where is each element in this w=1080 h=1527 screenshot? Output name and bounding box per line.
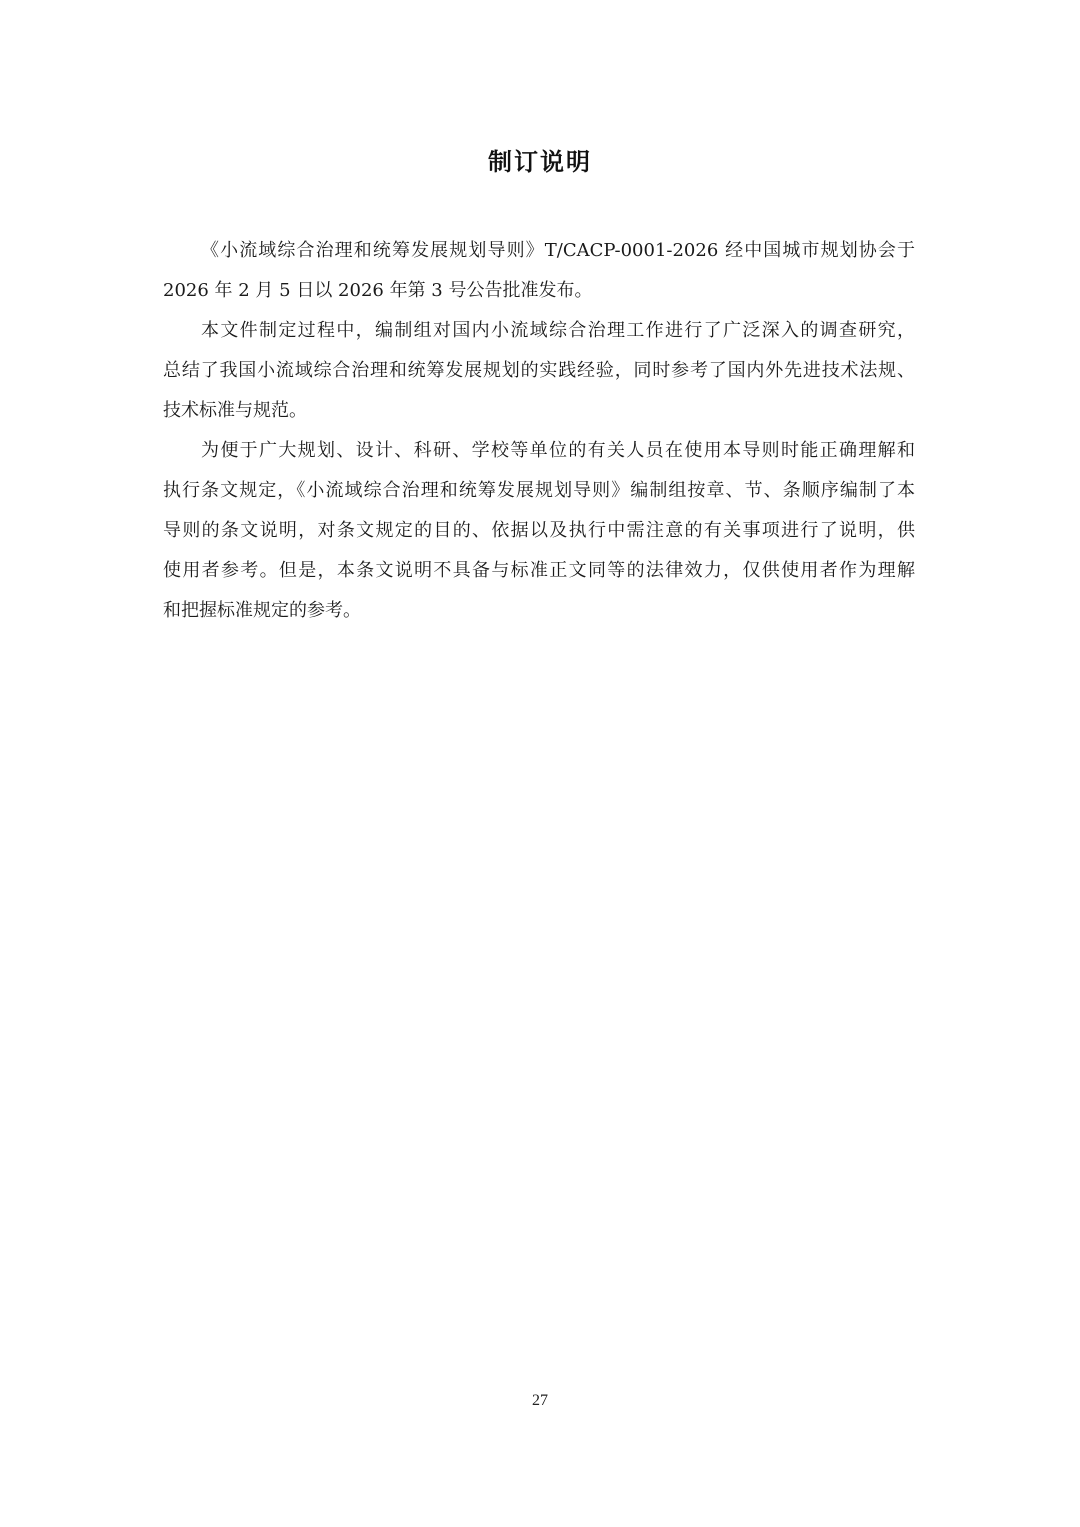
- document-body: 《小流域综合治理和统筹发展规划导则》T/CACP-0001-2026 经中国城市…: [163, 236, 915, 636]
- text-line: 2026 年 2 月 5 日以 2026 年第 3 号公告批准发布。: [163, 276, 915, 316]
- page-title: 制订说明: [0, 142, 1080, 177]
- text-line: 本文件制定过程中，编制组对国内小流域综合治理工作进行了广泛深入的调查研究，: [163, 316, 915, 356]
- page-number: 27: [0, 1392, 1080, 1410]
- text-line: 《小流域综合治理和统筹发展规划导则》T/CACP-0001-2026 经中国城市…: [163, 236, 915, 276]
- text-line: 和把握标准规定的参考。: [163, 596, 915, 636]
- document-page: 制订说明 《小流域综合治理和统筹发展规划导则》T/CACP-0001-2026 …: [0, 0, 1080, 1527]
- paragraph-approval: 《小流域综合治理和统筹发展规划导则》T/CACP-0001-2026 经中国城市…: [163, 236, 915, 316]
- text-line: 执行条文规定，《小流域综合治理和统筹发展规划导则》编制组按章、节、条顺序编制了本: [163, 476, 915, 516]
- text-line: 技术标准与规范。: [163, 396, 915, 436]
- text-line: 使用者参考。但是，本条文说明不具备与标准正文同等的法律效力，仅供使用者作为理解: [163, 556, 915, 596]
- text-line: 为便于广大规划、设计、科研、学校等单位的有关人员在使用本导则时能正确理解和: [163, 436, 915, 476]
- text-line: 导则的条文说明，对条文规定的目的、依据以及执行中需注意的有关事项进行了说明，供: [163, 516, 915, 556]
- paragraph-process: 本文件制定过程中，编制组对国内小流域综合治理工作进行了广泛深入的调查研究， 总结…: [163, 316, 915, 436]
- paragraph-purpose: 为便于广大规划、设计、科研、学校等单位的有关人员在使用本导则时能正确理解和 执行…: [163, 436, 915, 636]
- text-line: 总结了我国小流域综合治理和统筹发展规划的实践经验，同时参考了国内外先进技术法规、: [163, 356, 915, 396]
